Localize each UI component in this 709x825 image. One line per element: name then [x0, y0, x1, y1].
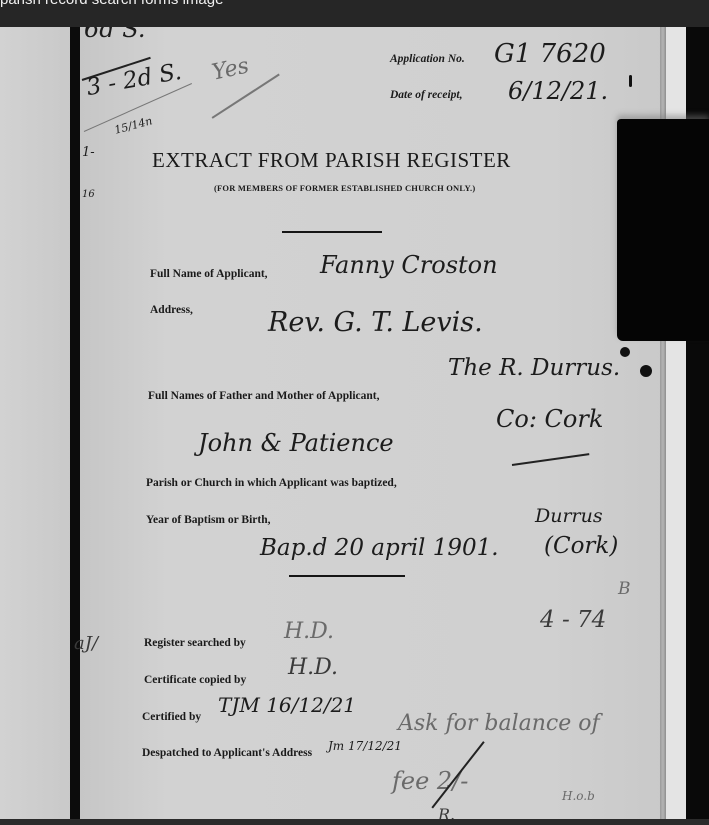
address-line-2: The R. Durrus.	[448, 355, 620, 381]
register-searched-value: H.D.	[284, 619, 334, 644]
parish-value-line-1: Durrus	[535, 505, 603, 527]
binder-tab	[617, 119, 709, 341]
certified-label: Certified by	[142, 711, 201, 723]
despatched-label: Despatched to Applicant's Address	[142, 747, 312, 759]
ink-blot	[620, 347, 630, 357]
applicant-name-label: Full Name of Applicant,	[150, 268, 268, 280]
form-title: EXTRACT FROM PARISH REGISTER	[152, 148, 511, 173]
parish-label: Parish or Church in which Applicant was …	[146, 477, 397, 489]
title-rule	[282, 231, 382, 233]
ref-number: 4 - 74	[540, 607, 606, 633]
margin-initials: aJ/	[74, 633, 98, 654]
despatched-value: Jm 17/12/21	[328, 739, 402, 753]
year-label: Year of Baptism or Birth,	[146, 514, 270, 526]
note-line-2: fee 2/-	[392, 767, 468, 795]
applicant-name-value: Fanny Croston	[320, 251, 498, 279]
register-searched-label: Register searched by	[144, 637, 246, 649]
ink-blot	[640, 365, 652, 377]
note-small: H.o.b	[562, 789, 595, 803]
image-caption: parish record search forms image	[0, 0, 223, 8]
margin-annotation: 1-	[82, 145, 95, 160]
application-no-value: G1 7620	[494, 39, 606, 69]
form-subtitle: (FOR MEMBERS OF FORMER ESTABLISHED CHURC…	[214, 183, 475, 193]
book-gutter	[70, 27, 80, 819]
parents-value: John & Patience	[198, 429, 394, 457]
address-line-1: Rev. G. T. Levis.	[268, 307, 483, 338]
title-bar: parish record search forms image	[0, 0, 709, 27]
address-label: Address,	[150, 304, 193, 316]
bottom-bar	[0, 819, 709, 825]
ink-mark	[629, 75, 632, 87]
date-of-receipt-value: 6/12/21.	[508, 77, 608, 105]
application-no-label: Application No.	[390, 53, 465, 65]
margin-annotation: 16	[82, 189, 95, 200]
note-bottom: R.	[438, 805, 455, 819]
parish-value-line-2: (Cork)	[544, 533, 618, 559]
certificate-copied-value: H.D.	[288, 655, 338, 680]
certificate-copied-label: Certificate copied by	[144, 674, 246, 686]
year-value: Bap.d 20 april 1901.	[260, 535, 499, 561]
document-scan: 6d S. 3 - 2d S. Yes 15/14n 1- 16 Applica…	[0, 27, 709, 819]
date-of-receipt-label: Date of receipt,	[390, 89, 463, 101]
note-line-1: Ask for balance of	[398, 711, 600, 736]
left-page	[0, 27, 72, 819]
address-line-3: Co: Cork	[496, 405, 603, 433]
annotation-6d: 6d S.	[84, 27, 145, 43]
certified-value: TJM 16/12/21	[218, 693, 356, 717]
parents-label: Full Names of Father and Mother of Appli…	[148, 390, 380, 402]
ref-letter: B	[618, 579, 631, 599]
year-rule	[289, 575, 405, 577]
